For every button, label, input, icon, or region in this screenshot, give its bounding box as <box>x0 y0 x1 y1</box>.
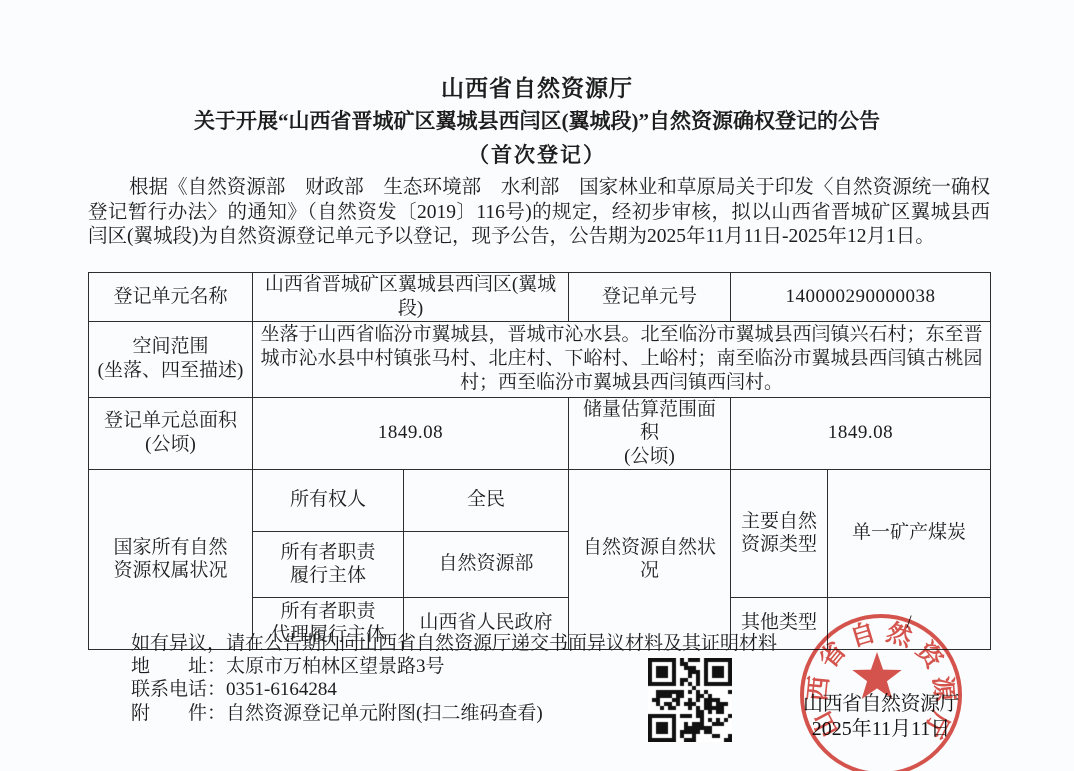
official-seal: 山西省自然资源厅 <box>791 608 971 771</box>
notice-subtitle: （首次登记） <box>0 139 1074 169</box>
ownership-label: 国家所有自然 资源权属状况 <box>89 469 253 649</box>
objection-note: 如有异议，请在公告期内向山西省自然资源厅递交书面异议材料及其证明材料 <box>131 632 777 655</box>
duty-value: 自然资源部 <box>404 531 569 597</box>
announcement-page: 山西省自然资源厅 关于开展“山西省晋城矿区翼城县西闫区(翼城段)”自然资源确权登… <box>0 0 1074 771</box>
main-type-label: 主要自然 资源类型 <box>731 469 828 597</box>
owner-value: 全民 <box>404 469 569 531</box>
scope-label: 空间范围 (坐落、四至描述) <box>89 321 253 397</box>
qr-code <box>648 658 732 742</box>
page-title: 山西省自然资源厅 <box>0 70 1074 103</box>
nature-label: 自然资源自然状况 <box>569 469 731 649</box>
unit-name-label: 登记单元名称 <box>89 273 253 322</box>
svg-text:源: 源 <box>928 675 958 704</box>
area-label: 登记单元总面积 (公顷) <box>89 397 253 469</box>
notice-title: 关于开展“山西省晋城矿区翼城县西闫区(翼城段)”自然资源确权登记的公告 <box>0 105 1074 135</box>
svg-text:西: 西 <box>804 675 834 703</box>
unit-no-value: 140000290000038 <box>731 273 991 322</box>
duty-label: 所有者职责 履行主体 <box>253 531 404 597</box>
svg-text:资: 资 <box>911 636 950 675</box>
registration-table: 登记单元名称 山西省晋城矿区翼城县西闫区(翼城段) 登记单元号 14000029… <box>88 272 991 650</box>
seal-star-icon <box>852 652 901 699</box>
unit-name-value: 山西省晋城矿区翼城县西闫区(翼城段) <box>253 273 569 322</box>
scope-value: 坐落于山西省临汾市翼城县，晋城市沁水县。北至临汾市翼城县西闫镇兴石村；东至晋城市… <box>253 321 991 397</box>
reserve-value: 1849.08 <box>731 397 991 469</box>
main-type-value: 单一矿产煤炭 <box>828 469 991 597</box>
area-value: 1849.08 <box>253 397 569 469</box>
owner-label: 所有权人 <box>253 469 404 531</box>
notice-body: 根据《自然资源部 财政部 生态环境部 水利部 国家林业和草原局关于印发〈自然资源… <box>88 176 990 250</box>
reserve-label: 储量估算范围面积 (公顷) <box>569 397 731 469</box>
unit-no-label: 登记单元号 <box>569 273 731 322</box>
